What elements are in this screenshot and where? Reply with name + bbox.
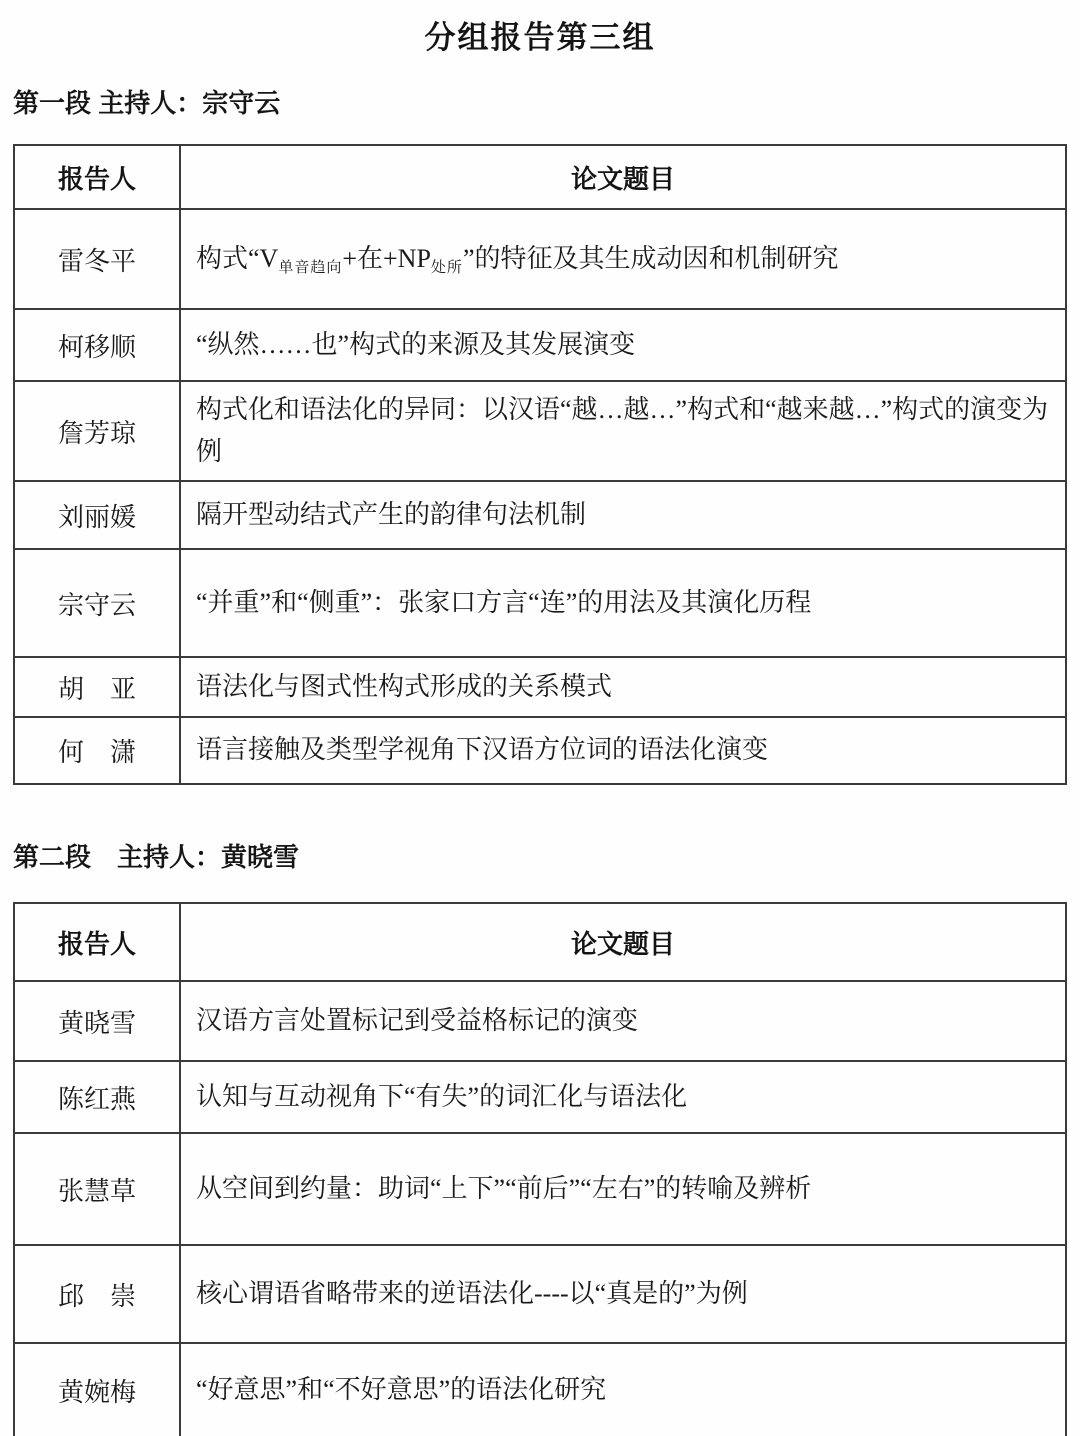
title-subscript: 处所 bbox=[431, 260, 463, 276]
presenter-name: 詹芳琼 bbox=[14, 381, 180, 481]
paper-title: 隔开型动结式产生的韵律句法机制 bbox=[180, 481, 1066, 549]
table-row: 詹芳琼 构式化和语法化的异同：以汉语“越…越…”构式和“越来越…”构式的演变为例 bbox=[14, 381, 1066, 481]
table-row: 黄晓雪 汉语方言处置标记到受益格标记的演变 bbox=[14, 981, 1066, 1061]
session-2-table: 报告人 论文题目 黄晓雪 汉语方言处置标记到受益格标记的演变 陈红燕 认知与互动… bbox=[13, 902, 1067, 1436]
table-row: 胡 亚 语法化与图式性构式形成的关系模式 bbox=[14, 657, 1066, 717]
paper-title: 从空间到约量：助词“上下”“前后”“左右”的转喻及辨析 bbox=[180, 1133, 1066, 1245]
presenter-name: 邱 崇 bbox=[14, 1245, 180, 1343]
table-row: 陈红燕 认知与互动视角下“有失”的词汇化与语法化 bbox=[14, 1061, 1066, 1133]
page-title: 分组报告第三组 bbox=[13, 12, 1067, 57]
table-header-row: 报告人 论文题目 bbox=[14, 903, 1066, 981]
table-row: 张慧草 从空间到约量：助词“上下”“前后”“左右”的转喻及辨析 bbox=[14, 1133, 1066, 1245]
presenter-name: 胡 亚 bbox=[14, 657, 180, 717]
presenter-name: 刘丽媛 bbox=[14, 481, 180, 549]
paper-title: 语法化与图式性构式形成的关系模式 bbox=[180, 657, 1066, 717]
column-header-paper-title: 论文题目 bbox=[180, 145, 1066, 209]
title-text: +在+NP bbox=[342, 244, 431, 273]
presenter-name: 黄晓雪 bbox=[14, 981, 180, 1061]
presenter-name: 宗守云 bbox=[14, 549, 180, 657]
table-row: 宗守云 “并重”和“侧重”：张家口方言“连”的用法及其演化历程 bbox=[14, 549, 1066, 657]
paper-title: “并重”和“侧重”：张家口方言“连”的用法及其演化历程 bbox=[180, 549, 1066, 657]
title-text: ”的特征及其生成动因和机制研究 bbox=[463, 244, 839, 273]
table-header-row: 报告人 论文题目 bbox=[14, 145, 1066, 209]
document-page: 分组报告第三组 第一段 主持人：宗守云 报告人 论文题目 雷冬平 构式“V单音趋… bbox=[0, 0, 1080, 1436]
column-header-paper-title: 论文题目 bbox=[180, 903, 1066, 981]
paper-title: 构式化和语法化的异同：以汉语“越…越…”构式和“越来越…”构式的演变为例 bbox=[180, 381, 1066, 481]
presenter-name: 黄婉梅 bbox=[14, 1343, 180, 1436]
table-row: 黄婉梅 “好意思”和“不好意思”的语法化研究 bbox=[14, 1343, 1066, 1436]
paper-title: “好意思”和“不好意思”的语法化研究 bbox=[180, 1343, 1066, 1436]
paper-title: 构式“V单音趋向+在+NP处所”的特征及其生成动因和机制研究 bbox=[180, 209, 1066, 309]
table-row: 柯移顺 “纵然……也”构式的来源及其发展演变 bbox=[14, 309, 1066, 381]
session-1-table: 报告人 论文题目 雷冬平 构式“V单音趋向+在+NP处所”的特征及其生成动因和机… bbox=[13, 144, 1067, 785]
table-row: 邱 崇 核心谓语省略带来的逆语法化----以“真是的”为例 bbox=[14, 1245, 1066, 1343]
presenter-name: 何 潇 bbox=[14, 717, 180, 784]
section-2-heading: 第二段 主持人：黄晓雪 bbox=[13, 837, 1067, 874]
presenter-name: 张慧草 bbox=[14, 1133, 180, 1245]
paper-title: “纵然……也”构式的来源及其发展演变 bbox=[180, 309, 1066, 381]
paper-title: 核心谓语省略带来的逆语法化----以“真是的”为例 bbox=[180, 1245, 1066, 1343]
table-row: 何 潇 语言接触及类型学视角下汉语方位词的语法化演变 bbox=[14, 717, 1066, 784]
paper-title: 认知与互动视角下“有失”的词汇化与语法化 bbox=[180, 1061, 1066, 1133]
table-row: 刘丽媛 隔开型动结式产生的韵律句法机制 bbox=[14, 481, 1066, 549]
title-subscript: 单音趋向 bbox=[278, 260, 342, 276]
presenter-name: 陈红燕 bbox=[14, 1061, 180, 1133]
paper-title: 汉语方言处置标记到受益格标记的演变 bbox=[180, 981, 1066, 1061]
paper-title: 语言接触及类型学视角下汉语方位词的语法化演变 bbox=[180, 717, 1066, 784]
presenter-name: 雷冬平 bbox=[14, 209, 180, 309]
title-text: 构式“V bbox=[196, 244, 278, 273]
column-header-presenter: 报告人 bbox=[14, 145, 180, 209]
section-1-heading: 第一段 主持人：宗守云 bbox=[13, 83, 1067, 120]
column-header-presenter: 报告人 bbox=[14, 903, 180, 981]
presenter-name: 柯移顺 bbox=[14, 309, 180, 381]
table-row: 雷冬平 构式“V单音趋向+在+NP处所”的特征及其生成动因和机制研究 bbox=[14, 209, 1066, 309]
